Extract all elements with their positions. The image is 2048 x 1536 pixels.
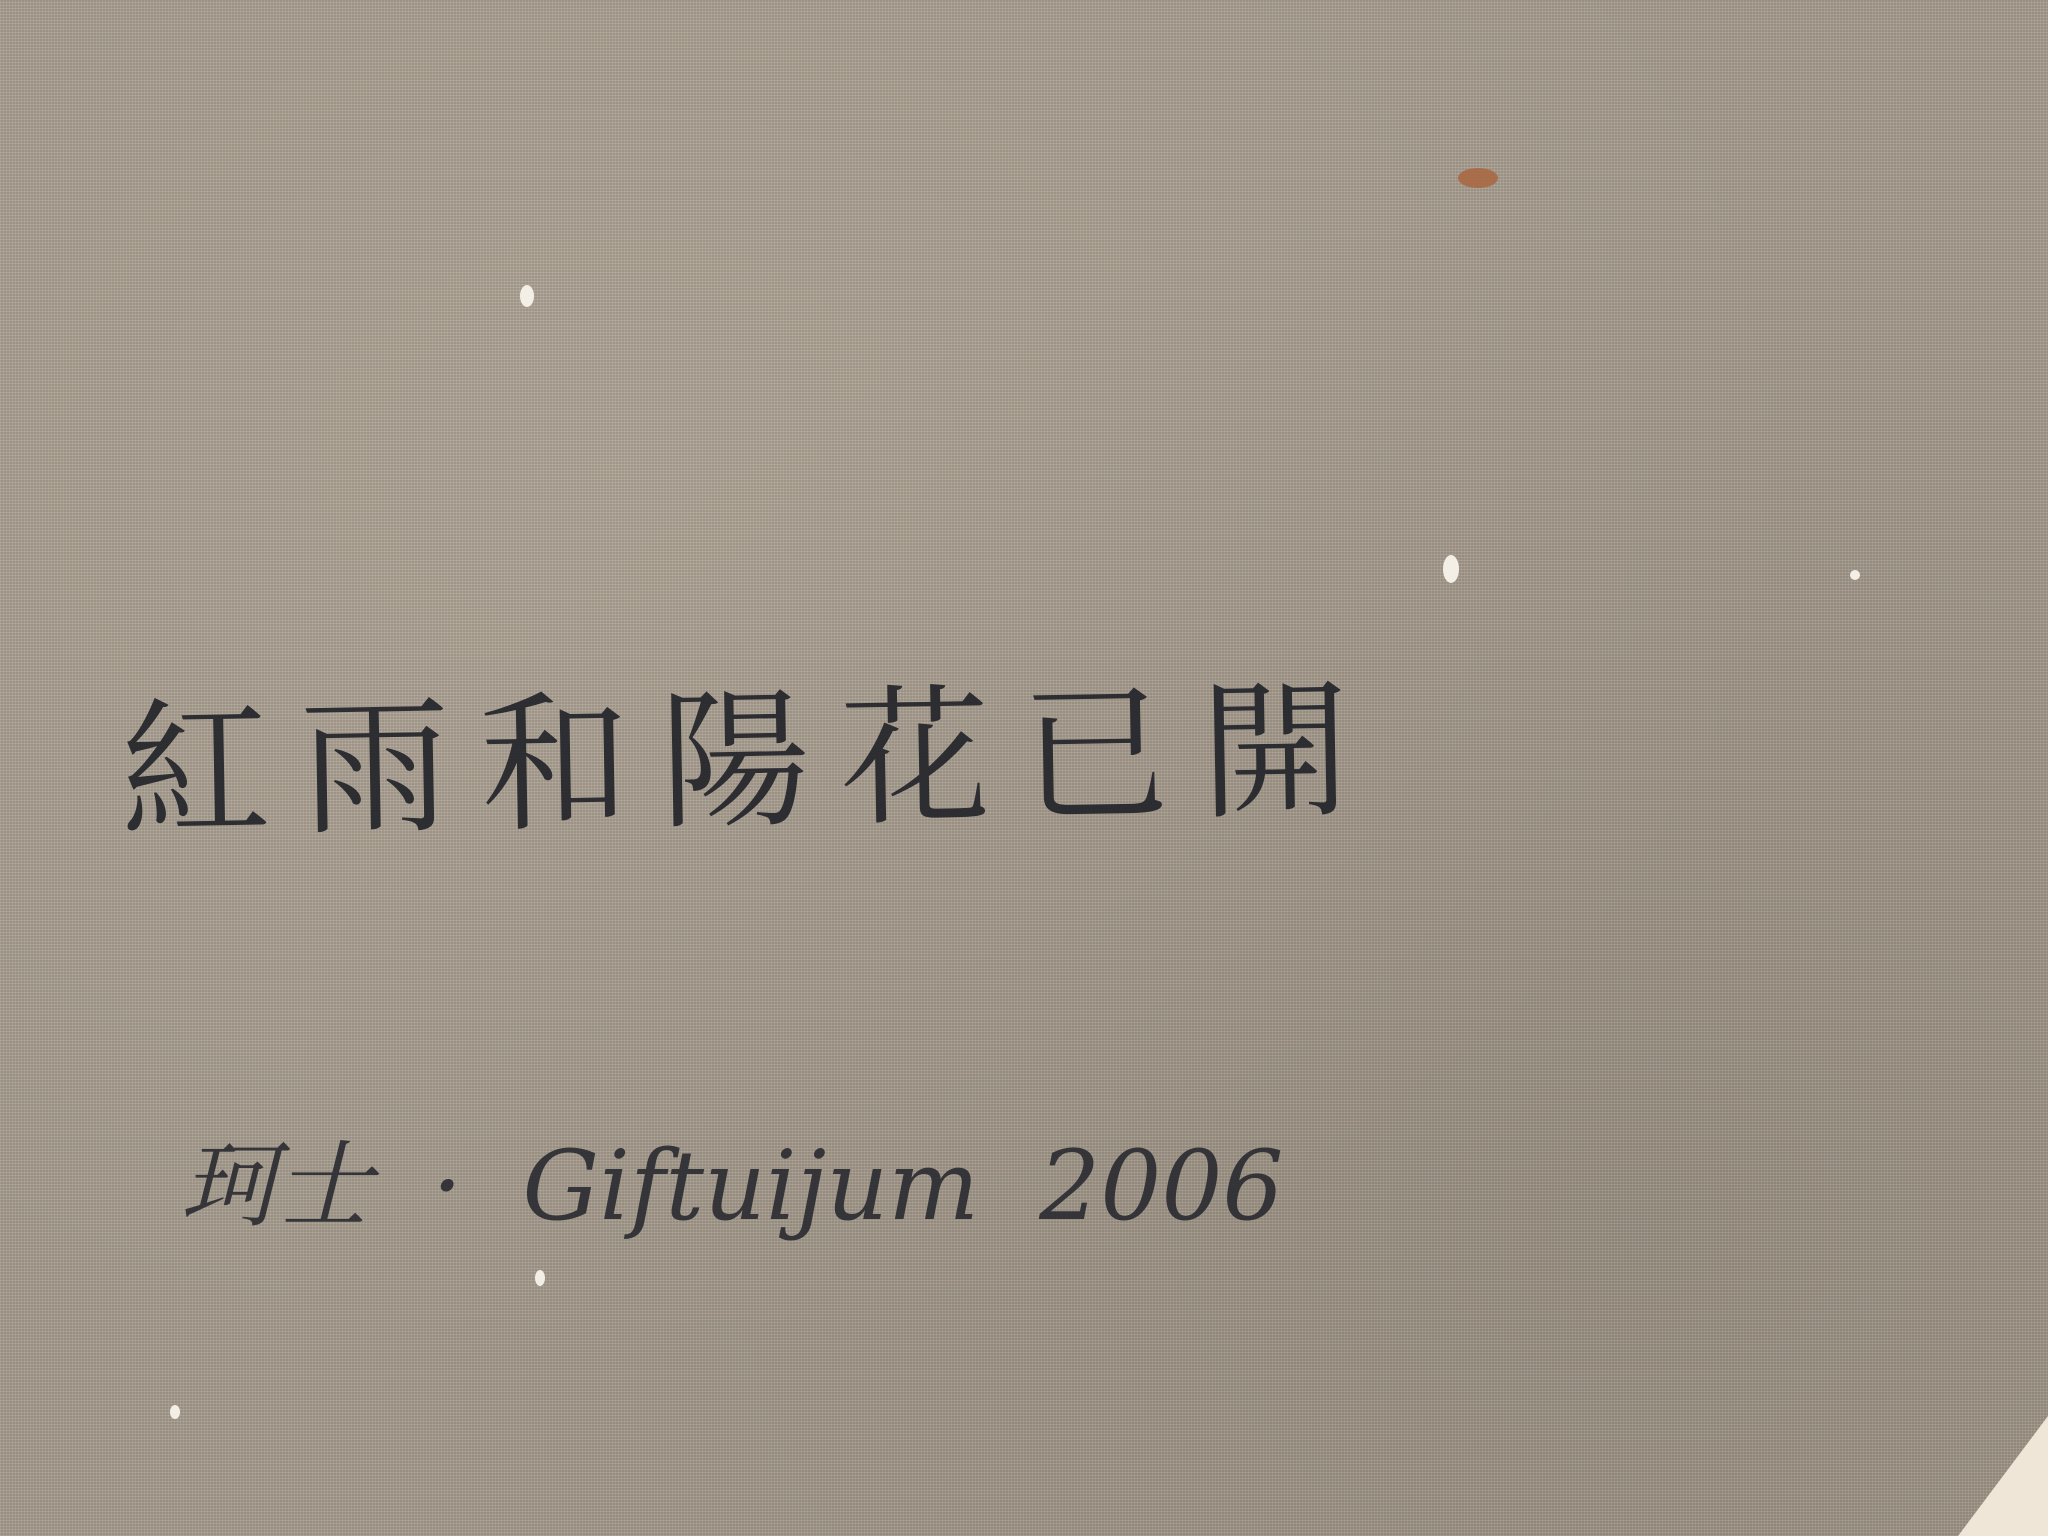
paint-fleck	[1443, 555, 1459, 583]
paint-fleck	[170, 1405, 180, 1419]
calligraphy-line: 紅雨和陽花已開	[118, 629, 1382, 867]
paint-fleck	[1850, 570, 1860, 580]
signature-line: 珂士·Giftuijum2006	[180, 1110, 1343, 1247]
signature-latin: Giftuijum	[523, 1130, 980, 1242]
rust-stain	[1458, 168, 1498, 188]
canvas-corner-fold	[1958, 1416, 2048, 1536]
signature-chinese: 珂士	[180, 1130, 372, 1242]
signature-separator: ·	[432, 1130, 463, 1242]
paint-fleck	[535, 1270, 545, 1286]
paint-fleck	[520, 285, 534, 307]
signature-year: 2006	[1039, 1130, 1283, 1242]
